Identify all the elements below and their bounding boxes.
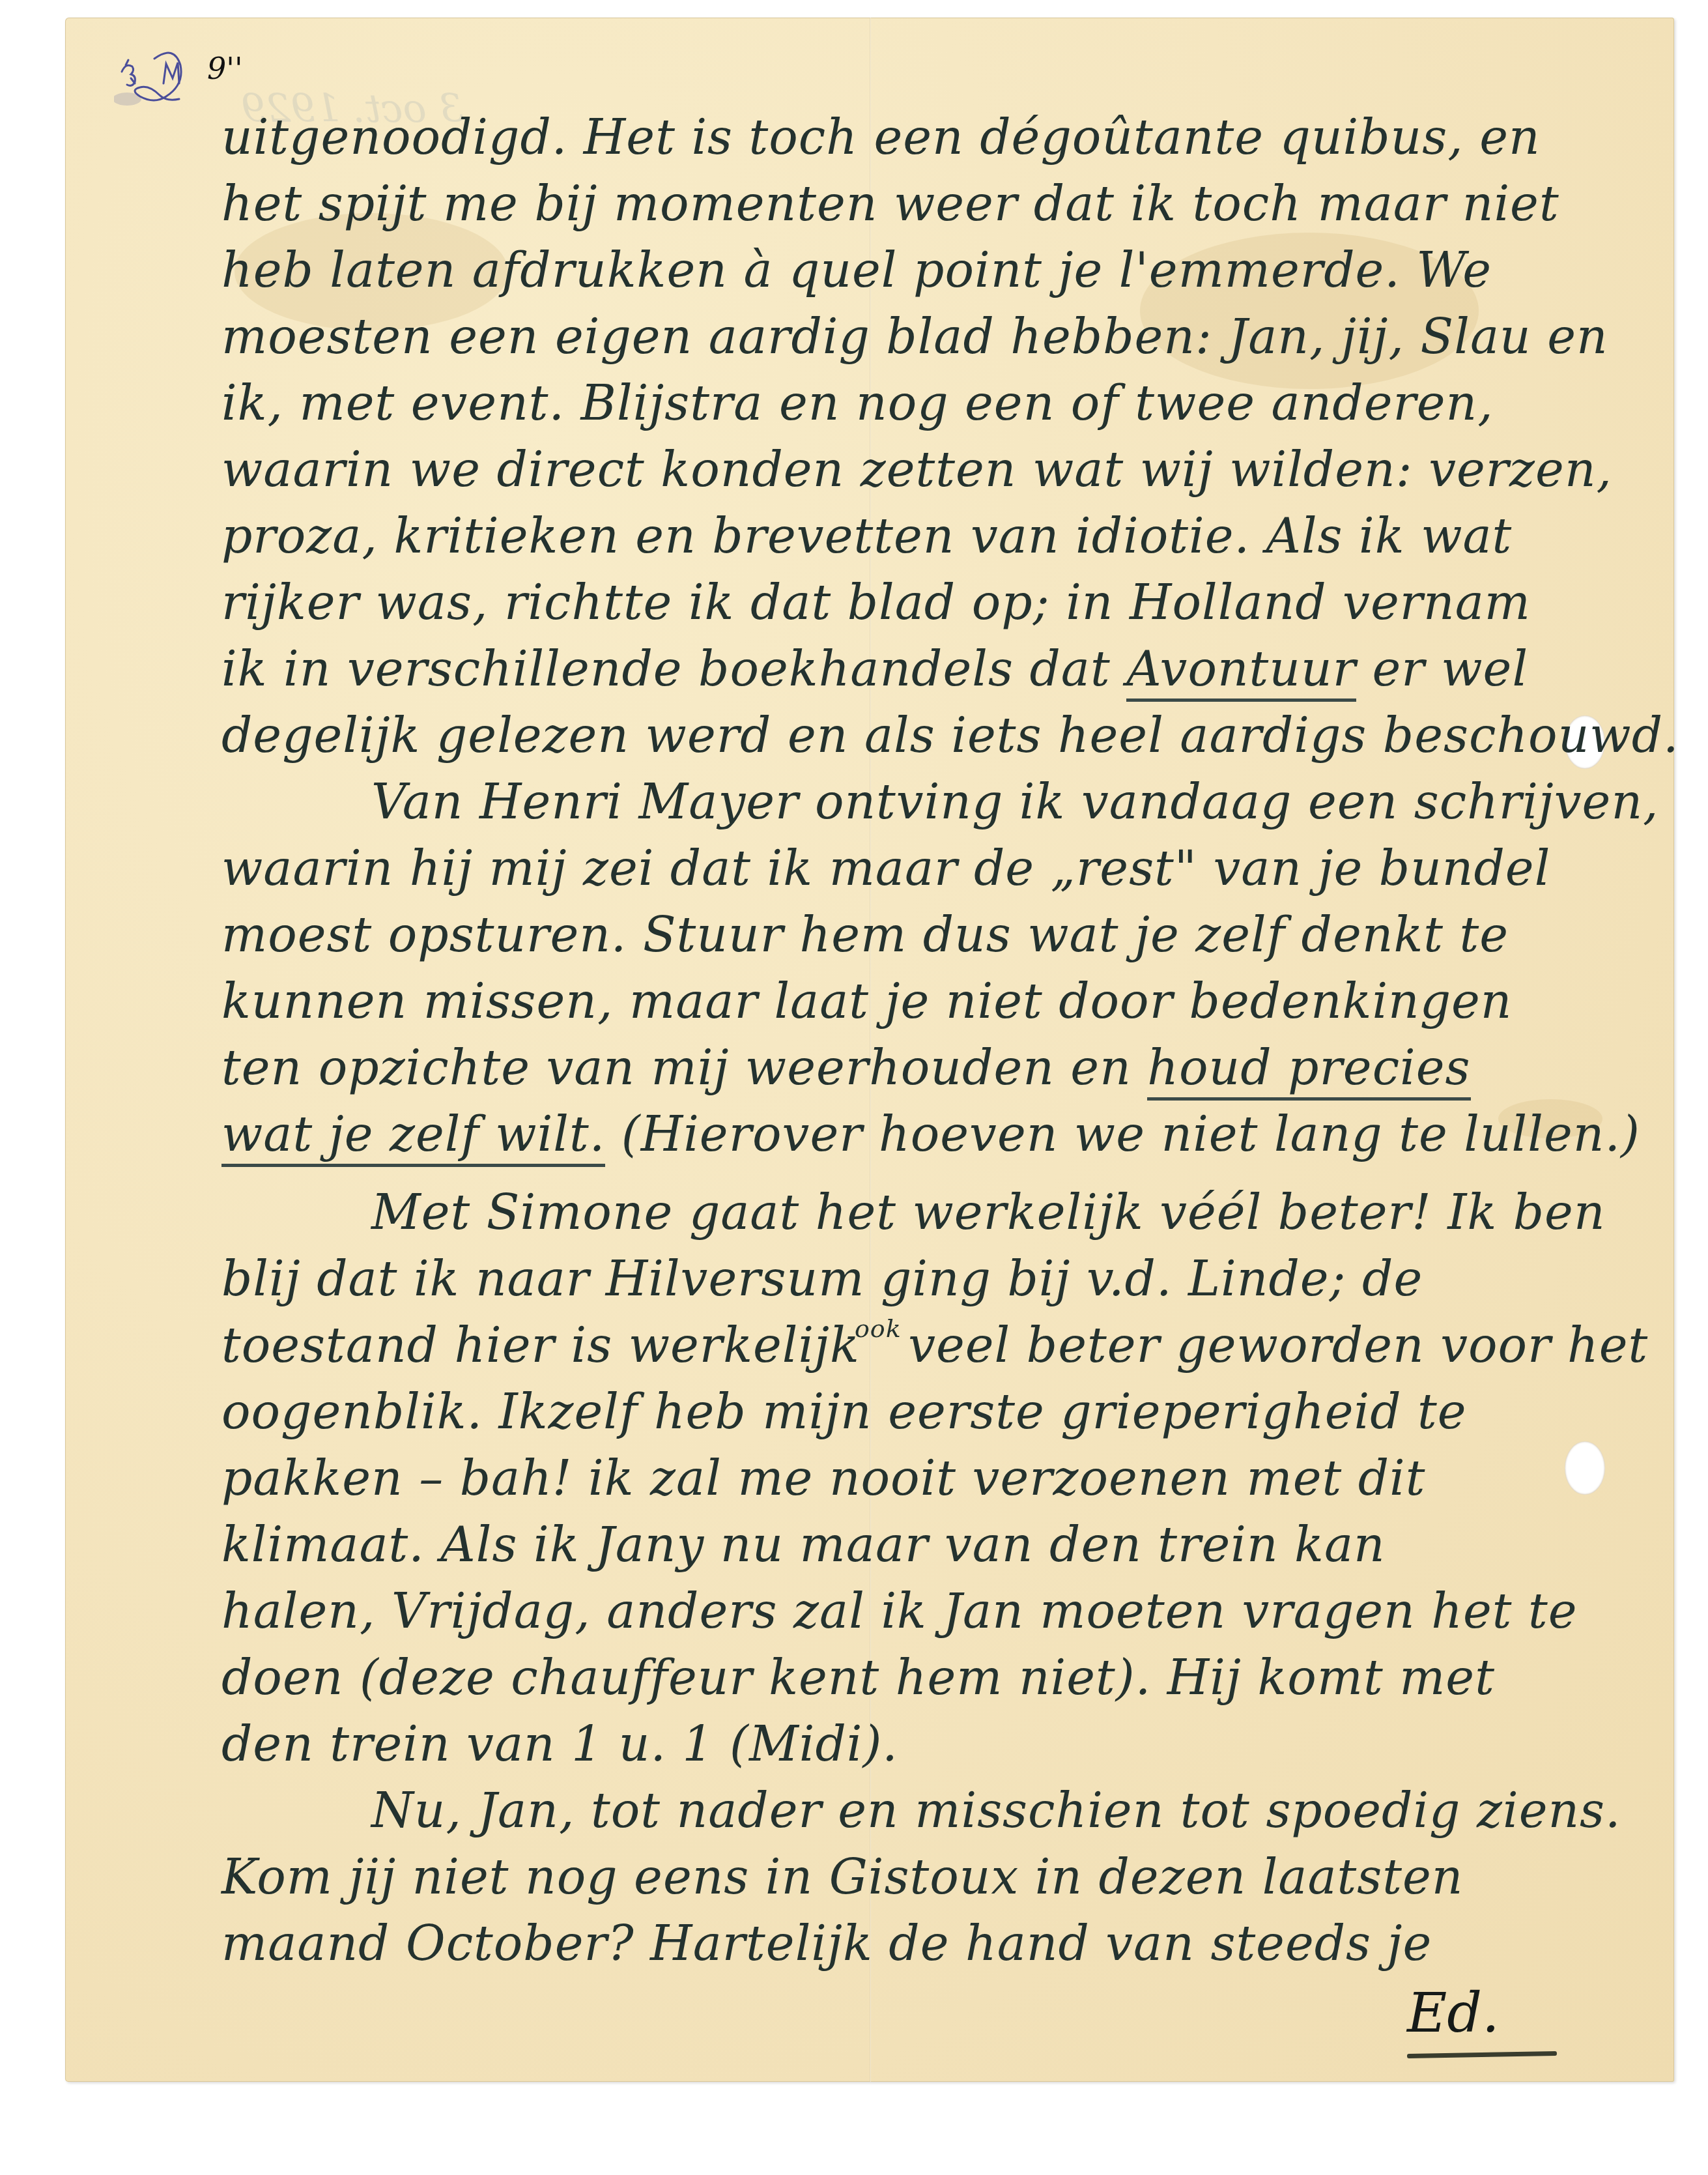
line-text: er wel [1356, 641, 1528, 697]
line-text: ik in verschillende boekhandels dat [221, 641, 1126, 697]
letter-line: toestand hier is werkelijkook veel beter… [221, 1312, 1648, 1379]
letter-line: rijker was, richtte ik dat blad op; in H… [221, 569, 1531, 636]
letter-line: doen (deze chauffeur kent hem niet). Hij… [221, 1645, 1495, 1711]
letter-line-paragraph-start: Van Henri Mayer ontving ik vandaag een s… [221, 769, 1659, 835]
letter-line-paragraph-start: Nu, Jan, tot nader en misschien tot spoe… [221, 1778, 1621, 1844]
letter-line: wat je zelf wilt. (Hierover hoeven we ni… [221, 1101, 1640, 1168]
signature: Ed. [1407, 1981, 1500, 2045]
letter-line: pakken – bah! ik zal me nooit verzoenen … [221, 1445, 1426, 1512]
punch-hole [1565, 1441, 1605, 1495]
letter-line: waarin we direct konden zetten wat wij w… [221, 437, 1612, 503]
letter-line: uitgenoodigd. Het is toch een dégoûtante… [221, 104, 1541, 171]
letter-line: halen, Vrijdag, anders zal ik Jan moeten… [221, 1578, 1577, 1645]
underlined-title: Avontuur [1126, 641, 1356, 702]
letter-line: Kom jij niet nog eens in Gistoux in deze… [221, 1844, 1463, 1910]
letter-line: heb laten afdrukken à quel point je l'em… [221, 237, 1492, 304]
letter-line: klimaat. Als ik Jany nu maar van den tre… [221, 1512, 1386, 1578]
lm-monogram-stamp-icon [114, 46, 205, 111]
letter-line: maand October? Hartelijk de hand van ste… [221, 1910, 1432, 1977]
underlined-emphasis: wat je zelf wilt. [221, 1106, 605, 1167]
letter-line: moest opsturen. Stuur hem dus wat je zel… [221, 902, 1509, 968]
stamp-annotation: 9'' [207, 51, 243, 86]
line-text: toestand hier is werkelijk [221, 1318, 860, 1374]
letter-line: oogenblik. Ikzelf heb mijn eerste griepe… [221, 1379, 1467, 1445]
underlined-emphasis: houd precies [1147, 1040, 1470, 1101]
interlinear-insertion: ook [855, 1314, 902, 1343]
letter-line: ik, met event. Blijstra en nog een of tw… [221, 370, 1494, 437]
letter-line: degelijk gelezen werd en als iets heel a… [221, 702, 1679, 769]
letter-line-paragraph-start: Met Simone gaat het werkelijk véél beter… [221, 1179, 1606, 1246]
letter-line: ten opzichte van mij weerhouden en houd … [221, 1035, 1471, 1101]
line-text: veel beter geworden voor het [892, 1318, 1648, 1374]
letter-line: het spijt me bij momenten weer dat ik to… [221, 171, 1559, 237]
letter-line: moesten een eigen aardig blad hebben: Ja… [221, 304, 1608, 370]
line-text: ten opzichte van mij weerhouden en [221, 1040, 1147, 1096]
letter-line: kunnen missen, maar laat je niet door be… [221, 968, 1513, 1035]
letter-line: den trein van 1 u. 1 (Midi). [221, 1711, 898, 1778]
line-text: (Hierover hoeven we niet lang te lullen.… [605, 1106, 1640, 1162]
letter-line: proza, kritieken en brevetten van idioti… [221, 503, 1512, 569]
letter-line: blij dat ik naar Hilversum ging bij v.d.… [221, 1246, 1423, 1312]
letter-line: ik in verschillende boekhandels dat Avon… [221, 636, 1528, 702]
letter-line: waarin hij mij zei dat ik maar de „rest"… [221, 835, 1550, 902]
